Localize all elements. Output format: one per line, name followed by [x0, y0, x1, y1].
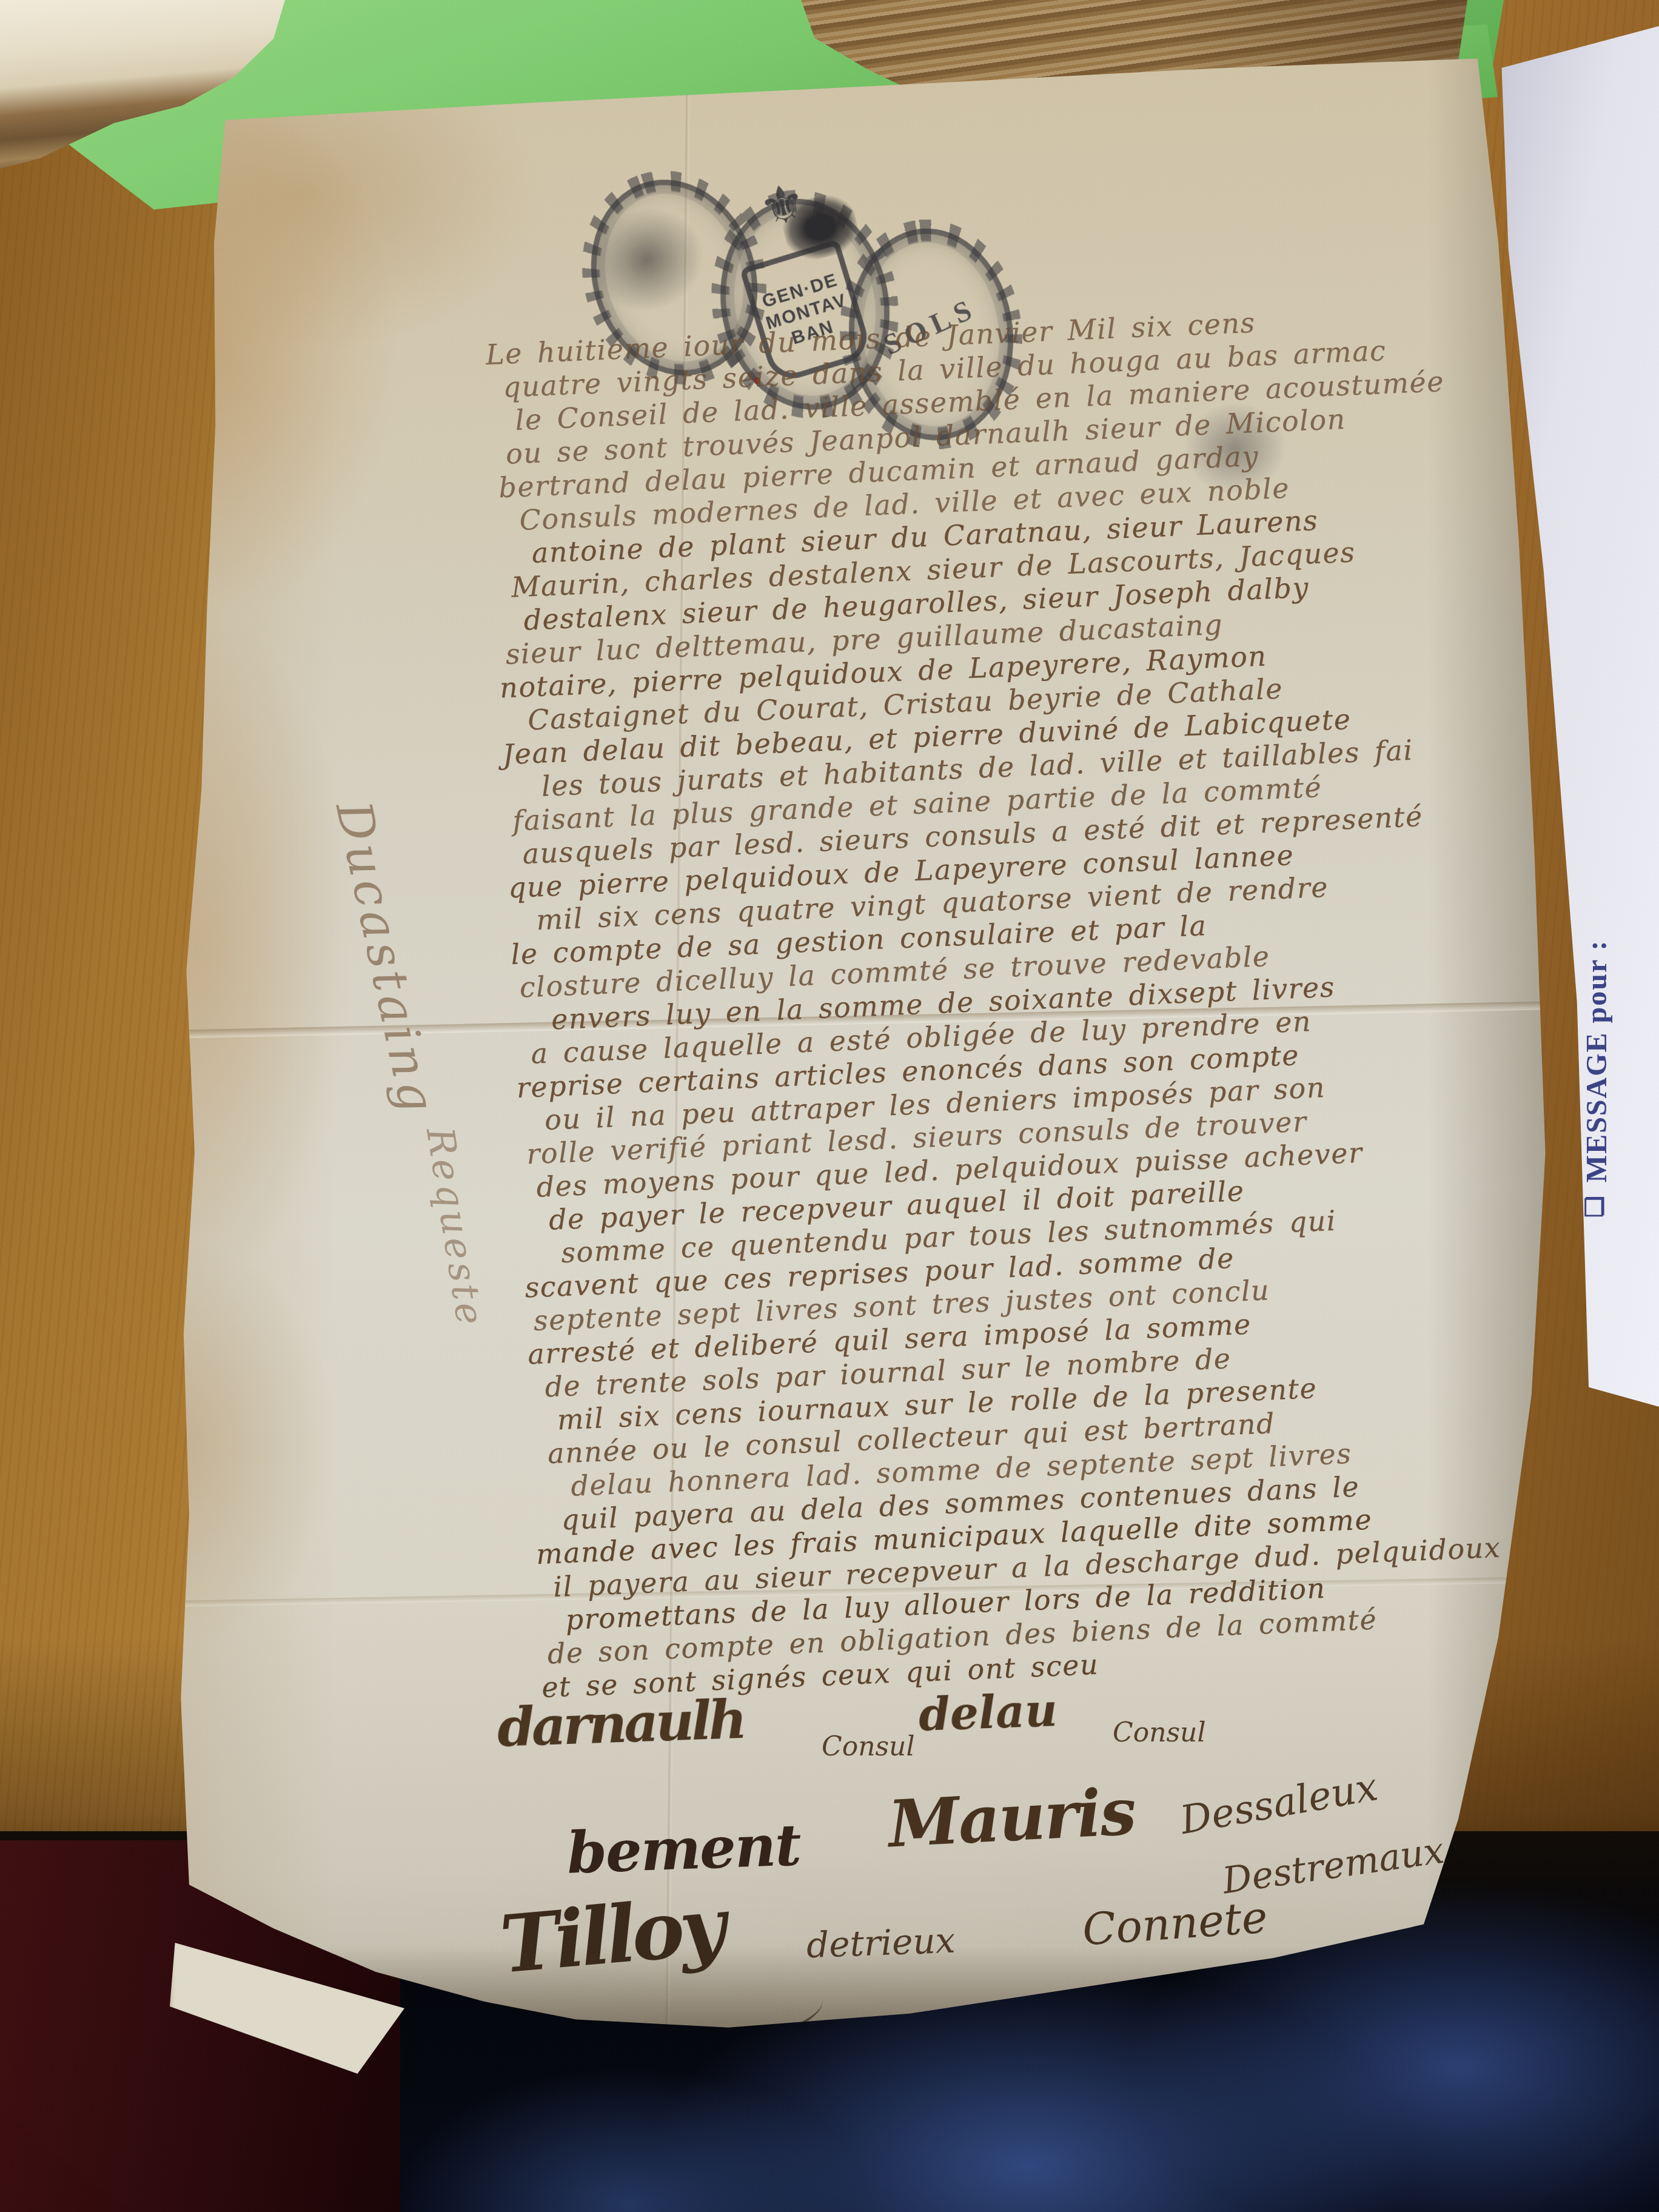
signature-darnaulh: darnaulh	[496, 1687, 745, 1759]
signature-dessaleux: Dessaleux	[1177, 1765, 1381, 1843]
manuscript-text-block: Le huitieme iour du mois de Janvier Mil …	[485, 293, 1609, 1704]
signature-delau-title: Consul	[1113, 1717, 1205, 1748]
manuscript-page: GEN·DE MONTAV BAN SOLS ⚜ Ducastaing Requ…	[170, 55, 1552, 2037]
photo-scene: ❏MESSAGE pour : GEN·DE MONTAV BAN SOLS	[0, 0, 1659, 2212]
stamp-ink-smudge	[576, 193, 717, 326]
checkbox-icon: ❏	[1581, 1195, 1608, 1218]
margin-note-line2: Requeste	[421, 1125, 489, 1330]
signature-mauris: Mauris	[886, 1773, 1137, 1862]
margin-note-line1: Ducastaing	[329, 797, 443, 1120]
signature-connete: Connete	[1081, 1891, 1269, 1955]
signature-bement: bement	[566, 1812, 801, 1886]
message-label: ❏MESSAGE pour :	[1580, 940, 1614, 1218]
signature-delau: delau	[918, 1684, 1059, 1741]
message-label-text: MESSAGE pour :	[1581, 940, 1613, 1183]
signature-destremaux: Destremaux	[1220, 1829, 1447, 1903]
signature-darnaulh-title: Consul	[822, 1731, 914, 1762]
